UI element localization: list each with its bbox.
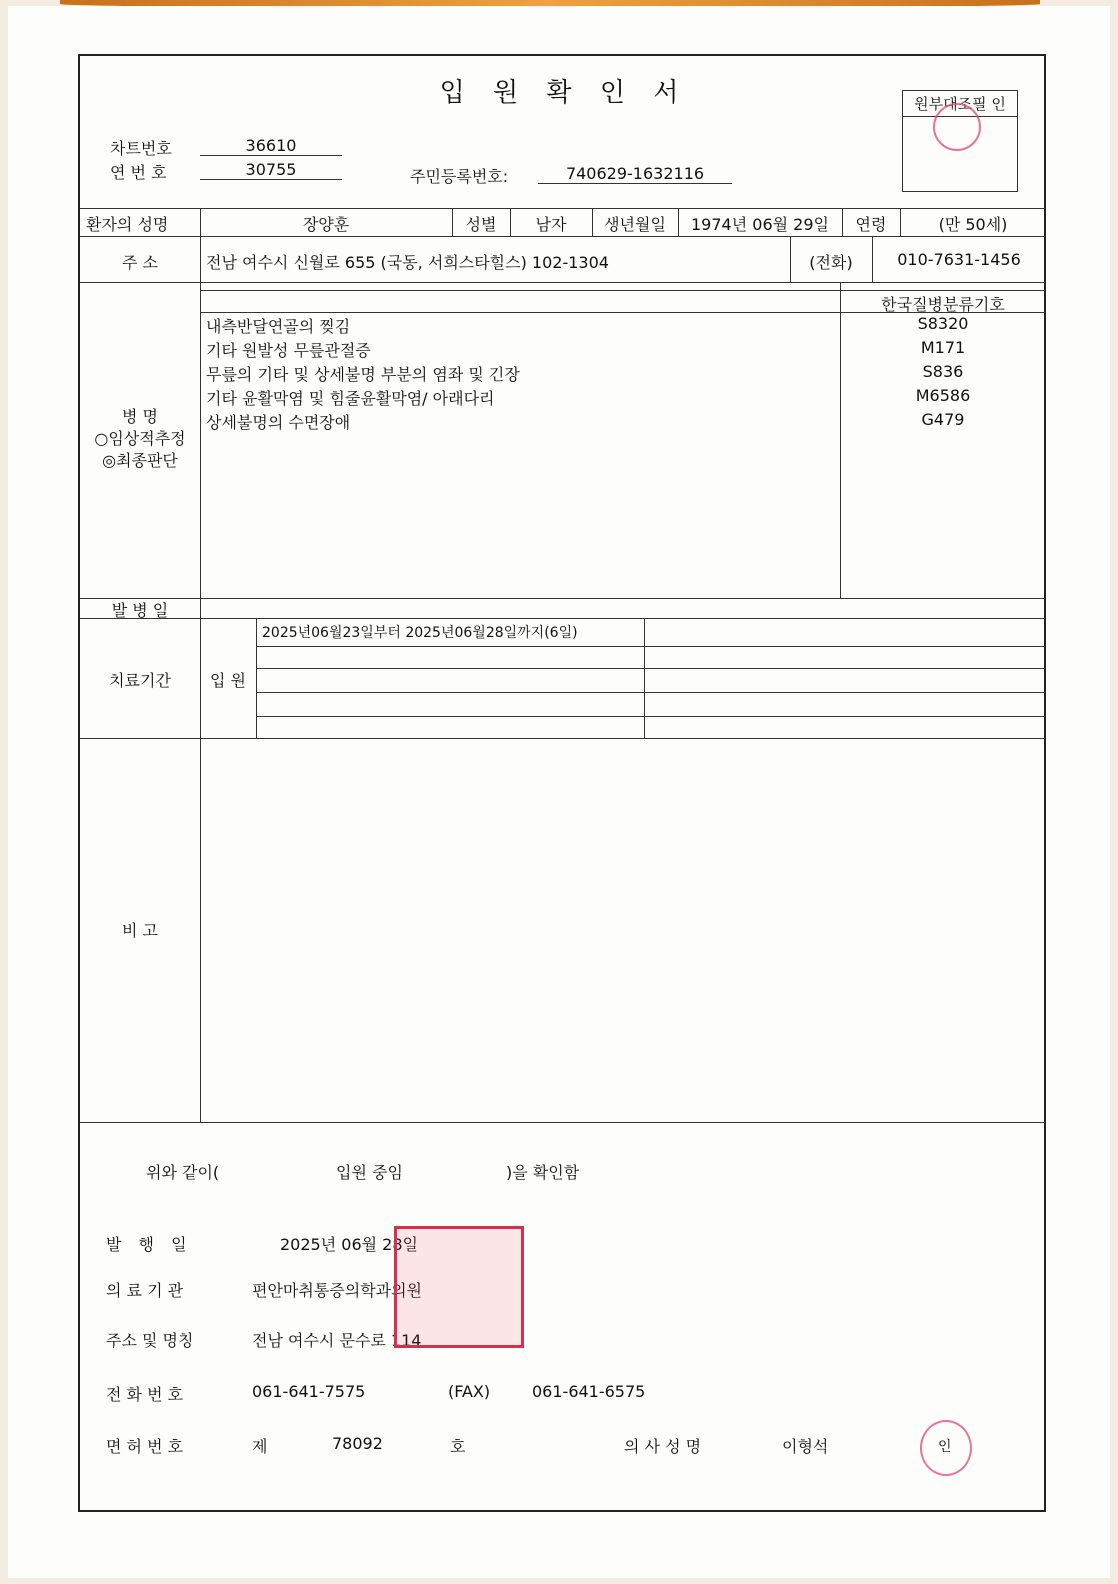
license-prefix: 제 — [252, 1434, 267, 1457]
phone-label: (전화) — [790, 250, 872, 273]
diagnosis-code: S836 — [840, 362, 1046, 381]
remarks-label: 비 고 — [80, 918, 200, 941]
clinic-phone-value: 061-641-7575 — [252, 1382, 365, 1401]
diagnosis-code: M6586 — [840, 386, 1046, 405]
clinic-seal-stamp-icon — [394, 1226, 524, 1348]
issue-date-label: 발 행 일 — [106, 1232, 187, 1255]
age-value: (만 50세) — [900, 212, 1046, 235]
rrn-label: 주민등록번호: — [410, 164, 508, 187]
institution-label: 의 료 기 관 — [106, 1278, 183, 1301]
address-label: 주 소 — [80, 250, 200, 273]
diagnosis-name: 기타 윤활막염 및 힘줄윤활막염/ 아래다리 — [206, 386, 495, 409]
confirmation-suffix: )을 확인함 — [506, 1160, 579, 1183]
doctor-name-label: 의 사 성 명 — [624, 1434, 701, 1457]
diagnosis-code: S8320 — [840, 314, 1046, 333]
onset-label: 발 병 일 — [80, 598, 200, 621]
chart-number-label: 차트번호 — [110, 136, 172, 159]
patient-name-label: 환자의 성명 — [86, 212, 168, 235]
treatment-period-label: 치료기간 — [80, 668, 200, 691]
final-judgment-option: ◎최종판단 — [80, 450, 200, 472]
diagnosis-code: G479 — [840, 410, 1046, 429]
sex-label: 성별 — [452, 212, 510, 235]
dob-value: 1974년 06월 29일 — [678, 212, 842, 235]
dob-label: 생년월일 — [592, 212, 678, 235]
diagnosis-label: 병 명 ○임상적추정 ◎최종판단 — [80, 406, 200, 472]
license-number: 78092 — [332, 1434, 383, 1453]
serial-number-label: 연 번 호 — [110, 160, 167, 183]
ledger-check-stamp-box: 원부대조필 인 — [902, 90, 1018, 192]
institution-address-label: 주소 및 명칭 — [106, 1328, 193, 1351]
kcd-code-header: 한국질병분류기호 — [840, 292, 1046, 315]
fax-value: 061-641-6575 — [532, 1382, 645, 1401]
age-label: 연령 — [842, 212, 900, 235]
diagnosis-name: 상세불명의 수면장애 — [206, 410, 350, 433]
clinical-estimate-option: ○임상적추정 — [80, 428, 200, 450]
serial-number-value: 30755 — [200, 160, 342, 180]
diagnosis-name: 내측반달연골의 찢김 — [206, 314, 350, 337]
patient-name-value: 장양훈 — [200, 212, 452, 235]
rrn-value: 740629-1632116 — [538, 164, 732, 184]
address-value: 전남 여수시 신월로 655 (국동, 서희스타힐스) 102-1304 — [206, 250, 609, 273]
diagnosis-name: 무릎의 기타 및 상세불명 부분의 염좌 및 긴장 — [206, 362, 520, 385]
seal-mark: 인 — [938, 1436, 952, 1456]
phone-value: 010-7631-1456 — [872, 250, 1046, 269]
inpatient-label: 입 원 — [200, 668, 256, 691]
admission-certificate-form: 입 원 확 인 서 원부대조필 인 차트번호 36610 연 번 호 30755… — [78, 54, 1046, 1512]
diagnosis-label-line: 병 명 — [80, 406, 200, 428]
license-suffix: 호 — [450, 1434, 465, 1457]
clinic-phone-label: 전 화 번 호 — [106, 1382, 183, 1405]
confirmation-prefix: 위와 같이( — [146, 1160, 219, 1183]
license-label: 면 허 번 호 — [106, 1434, 183, 1457]
chart-number-value: 36610 — [200, 136, 342, 156]
treatment-period-row: 2025년06월23일부터 2025년06월28일까지(6일) — [262, 622, 578, 642]
seal-stamp-icon — [933, 103, 981, 151]
fax-label: (FAX) — [448, 1382, 490, 1401]
diagnosis-name: 기타 원발성 무릎관절증 — [206, 338, 371, 361]
doctor-name-value: 이형석 — [782, 1434, 828, 1457]
confirmation-status: 입원 중임 — [336, 1160, 403, 1183]
sex-value: 남자 — [510, 212, 592, 235]
diagnosis-code: M171 — [840, 338, 1046, 357]
